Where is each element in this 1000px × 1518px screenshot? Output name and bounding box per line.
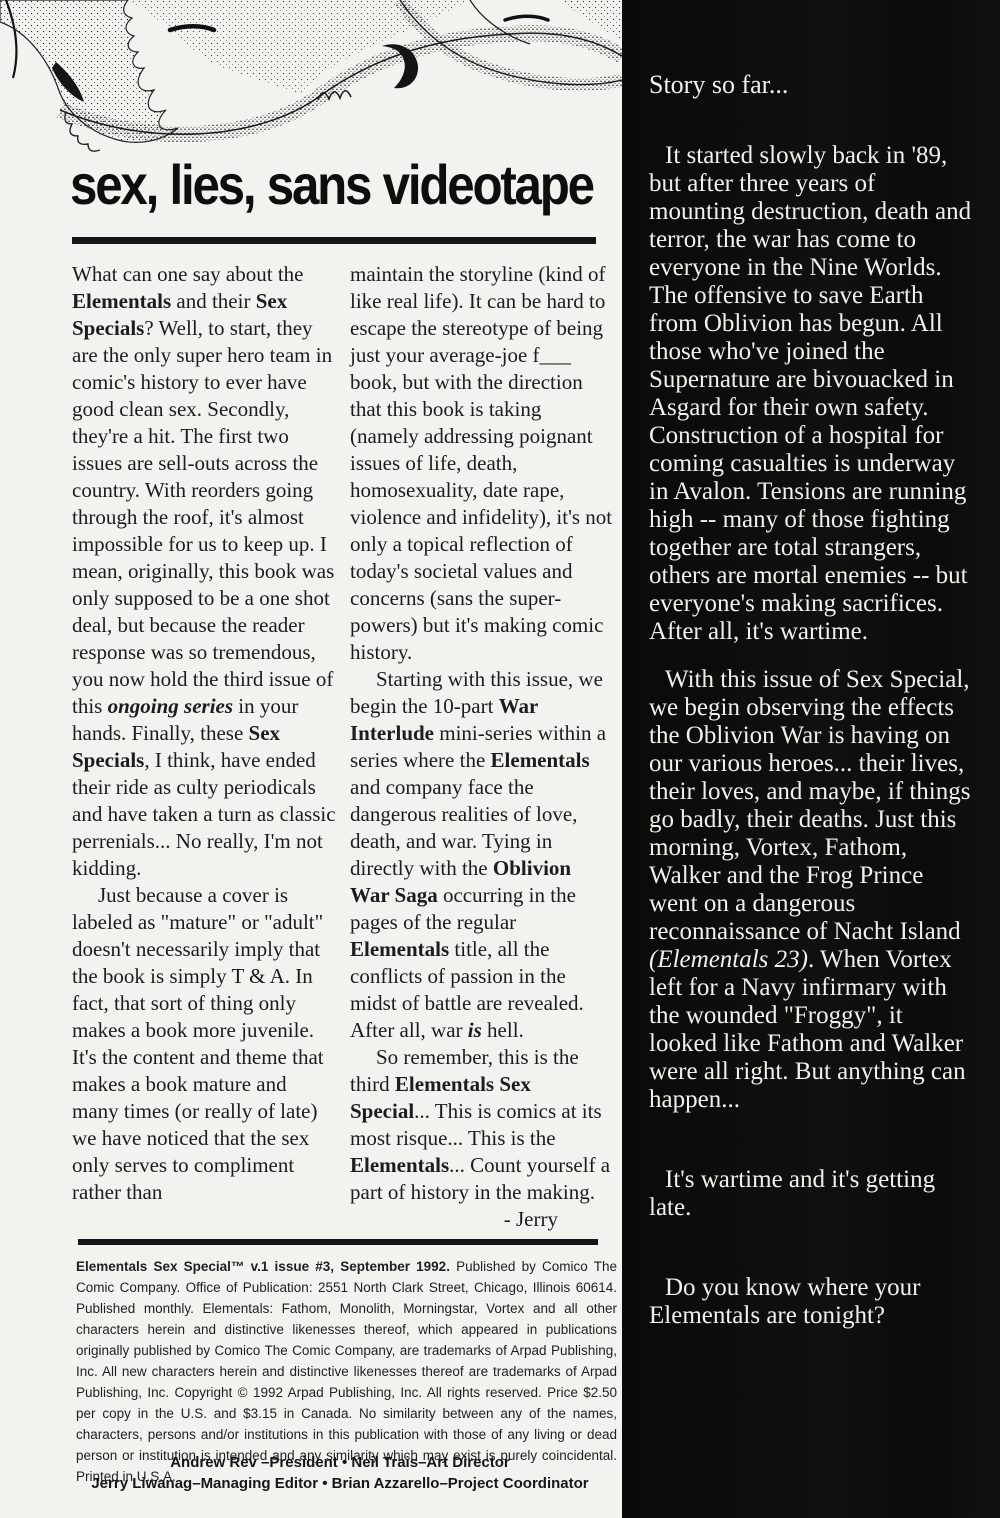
paragraph: What can one say about the Elementals an… (72, 261, 336, 882)
credits-line: Andrew Rev –President • Neil Trais–Art D… (70, 1452, 610, 1473)
page-title: sex, lies, sans videotape (70, 154, 563, 216)
sidebar-heading: Story so far... (649, 70, 972, 100)
sidebar-paragraph: With this issue of Sex Special, we begin… (649, 666, 972, 1114)
headline-rule (72, 237, 596, 244)
stipple-illustration (0, 0, 622, 158)
indicia-rule (78, 1239, 598, 1245)
article-column-1: What can one say about the Elementals an… (72, 261, 336, 1233)
story-so-far-panel: Story so far... It started slowly back i… (622, 0, 1000, 1518)
credits-line: Jerry Liwanag–Managing Editor • Brian Az… (70, 1473, 610, 1494)
paragraph: So remember, this is the third Elemental… (350, 1044, 614, 1206)
signature: - Jerry (350, 1206, 614, 1233)
paragraph: Starting with this issue, we begin the 1… (350, 666, 614, 1044)
sidebar-paragraph: It's wartime and it's getting late. (649, 1166, 972, 1222)
paragraph: maintain the storyline (kind of like rea… (350, 261, 614, 666)
article-body: What can one say about the Elementals an… (72, 261, 614, 1233)
comic-editorial-page: sex, lies, sans videotape What can one s… (0, 0, 1000, 1518)
article-column-2: maintain the storyline (kind of like rea… (350, 261, 614, 1233)
sidebar-paragraph: It started slowly back in '89, but after… (649, 142, 972, 646)
paragraph: Just because a cover is labeled as "matu… (72, 882, 336, 1206)
editorial-area: sex, lies, sans videotape What can one s… (0, 0, 622, 1518)
sidebar-paragraph: Do you know where your Elementals are to… (649, 1274, 972, 1330)
credits: Andrew Rev –President • Neil Trais–Art D… (70, 1452, 610, 1494)
